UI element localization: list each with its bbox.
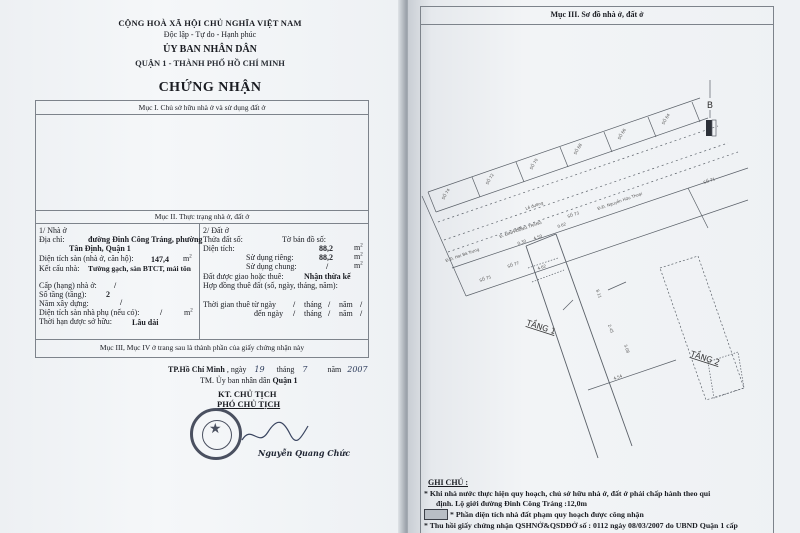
plot-no-label: Thửa đất số:	[203, 235, 243, 244]
floor-1-label: TẦNG 1	[524, 315, 557, 336]
lease-from-year: /	[360, 300, 362, 309]
parcel-label: SỐ 64	[661, 112, 672, 125]
year-built-label: Năm xây dựng:	[39, 299, 89, 308]
lease-to-month-label: tháng	[304, 309, 322, 318]
shared-use-value: /	[326, 262, 328, 271]
lease-from-month-label: tháng	[304, 300, 322, 309]
parcel-label: SỐ 70	[529, 157, 540, 170]
star-icon: ★	[209, 421, 222, 437]
shared-use-label: Sử dụng chung:	[246, 262, 297, 271]
parcel-label: SỐ 66	[617, 127, 628, 140]
lease-to-label: đến ngày	[254, 309, 283, 318]
grade-label: Cấp (hạng) nhà ở:	[39, 281, 97, 290]
lease-from-day: /	[293, 300, 295, 309]
parcel-label: SỐ 77	[507, 260, 520, 269]
signer-role-1: KT. CHỦ TỊCH	[218, 389, 277, 399]
diagram-labels: B TẦNG 1 TẦNG 2 Đ. ĐINH CÔNG TRÁNG Đ.Đ. …	[441, 101, 722, 381]
private-use-value: 88,2	[319, 253, 333, 262]
lease-to-day: /	[293, 309, 295, 318]
lease-from-year-label: năm	[339, 300, 353, 309]
signing-day: 19	[254, 365, 264, 374]
aux-area-unit: m2	[184, 308, 193, 317]
divider	[36, 223, 368, 224]
address-label: Địa chỉ:	[39, 235, 65, 244]
divider	[36, 114, 368, 115]
land-heading: 2/ Đất ở	[203, 226, 229, 235]
divider	[36, 339, 368, 340]
private-use-label: Sử dụng riêng:	[246, 253, 293, 262]
authority-header: ỦY BAN NHÂN DÂN	[60, 44, 360, 55]
note-item: * Thu hồi giấy chứng nhận QSHNỞ&QSDĐỞ số…	[424, 521, 738, 530]
area-value: 88,2	[319, 244, 333, 253]
parcel-label: SỐ 68	[573, 142, 584, 155]
year-label: năm	[327, 365, 341, 374]
floors-label: Số tầng (tầng):	[39, 290, 87, 299]
area-unit: m2	[354, 243, 363, 252]
dimension-label: 0.30	[517, 238, 527, 246]
aux-area-value: /	[160, 308, 162, 317]
signing-year: 2007	[347, 365, 367, 374]
parcel-label: SỐ 73	[567, 210, 580, 219]
note-item: định. Lộ giới đường Đinh Công Tráng :12,…	[436, 499, 587, 508]
structure-label: Kết cấu nhà:	[39, 264, 79, 273]
street-side-2-label: Đ.Đ. Nguyễn Hữu Thoại	[597, 191, 643, 211]
document-title: CHỨNG NHẬN	[60, 80, 360, 96]
parcel-label: SỐ 75	[479, 274, 492, 283]
footer-note: Mục III, Mục IV ở trang sau là thành phầ…	[36, 343, 368, 352]
floor-area-unit: m2	[183, 254, 192, 263]
year-built-value: /	[120, 298, 122, 307]
ownership-term-value: Lâu dài	[132, 318, 158, 327]
grade-value: /	[114, 281, 116, 290]
aux-area-label: Diện tích sàn nhà phụ (nếu có):	[39, 308, 139, 317]
motto: Độc lập - Tự do - Hạnh phúc	[60, 30, 360, 39]
divider	[36, 210, 368, 211]
country-header: CỘNG HOÀ XÃ HỘI CHỦ NGHĨA VIỆT NAM	[60, 18, 360, 28]
month-label: tháng	[277, 365, 295, 374]
signer-name: Nguyễn Quang Chức	[258, 448, 350, 458]
notes-heading: GHI CHÚ :	[428, 478, 468, 487]
signing-month: 7	[302, 365, 307, 374]
floor-area-label: Diện tích sàn (nhà ở, căn hộ):	[39, 254, 134, 263]
shared-use-unit: m2	[354, 261, 363, 270]
dimension-label: 8.11	[595, 289, 603, 300]
signing-date-line: TP.Hồ Chí Minh , ngày 19 tháng 7 năm 200…	[168, 365, 368, 374]
ownership-term-label: Thời hạn được sở hữu:	[39, 317, 112, 326]
day-label: , ngày	[227, 365, 247, 374]
signer-role-2: PHÓ CHỦ TỊCH	[217, 399, 280, 409]
certificate-back-page: Mục III. Sơ đồ nhà ở, đất ở	[408, 0, 800, 533]
signing-place: TP.Hồ Chí Minh	[168, 365, 225, 374]
on-behalf-line: TM. Ủy ban nhân dân Quận 1	[200, 376, 298, 385]
on-behalf-district: Quận 1	[272, 376, 297, 385]
allocation-value: Nhận thừa kế	[304, 272, 351, 281]
area-label: Diện tích:	[203, 244, 235, 253]
floor-area-value: 147,4	[151, 255, 169, 264]
parcel-label: SỐ 71	[703, 176, 716, 185]
dimension-label: 0.62	[557, 221, 567, 229]
note-item: * Phần diện tích nhà đất phạm quy hoạch …	[450, 510, 644, 519]
parcel-label: SỐ 72	[485, 172, 496, 185]
lease-to-year-label: năm	[339, 309, 353, 318]
certificate-front-page: CỘNG HOÀ XÃ HỘI CHỦ NGHĨA VIỆT NAM Độc l…	[0, 0, 400, 533]
legend-swatch	[424, 509, 448, 520]
private-use-unit: m2	[354, 252, 363, 261]
map-sheet-label: Tờ bản đồ số:	[282, 235, 326, 244]
parcel-label: SỐ 74	[441, 187, 452, 200]
dimension-label: 2.45	[607, 324, 615, 335]
structure-value: Tường gạch, sàn BTCT, mái tôn	[88, 264, 191, 273]
section-marker: B	[707, 101, 713, 111]
lease-to-month: /	[328, 309, 330, 318]
section-2-title: Mục II. Thực trạng nhà ở, đất ở	[36, 212, 368, 221]
dimension-label: 3.08	[623, 344, 631, 355]
dimension-label: 4.62	[537, 263, 547, 271]
official-seal-icon: ★	[190, 408, 242, 460]
allocation-label: Đất được giao hoặc thuê:	[203, 272, 284, 281]
address-line2: Tân Định, Quận 1	[69, 244, 131, 253]
lease-from-month: /	[328, 300, 330, 309]
handwritten-signature-icon	[240, 420, 310, 450]
lease-from-label: Thời gian thuê từ ngày	[203, 300, 276, 309]
address-line1: đường Đinh Công Tráng, phường	[88, 235, 202, 244]
house-heading: 1/ Nhà ở	[39, 226, 67, 235]
site-plan-diagram: B TẦNG 1 TẦNG 2 Đ. ĐINH CÔNG TRÁNG Đ.Đ. …	[408, 0, 800, 460]
lease-contract-label: Hợp đồng thuê đất (số, ngày, tháng, năm)…	[203, 281, 338, 290]
section-1-title: Mục I. Chủ sở hữu nhà ở và sử dụng đất ở	[36, 103, 368, 112]
district-header: QUẬN 1 - THÀNH PHỐ HỒ CHÍ MINH	[60, 58, 360, 68]
note-item: * Khi nhà nước thực hiện quy hoạch, chủ …	[424, 489, 710, 498]
floors-value: 2	[106, 290, 110, 299]
lease-to-year: /	[360, 309, 362, 318]
certificate-table: Mục I. Chủ sở hữu nhà ở và sử dụng đất ở…	[35, 100, 369, 358]
on-behalf-text: TM. Ủy ban nhân dân	[200, 376, 270, 385]
